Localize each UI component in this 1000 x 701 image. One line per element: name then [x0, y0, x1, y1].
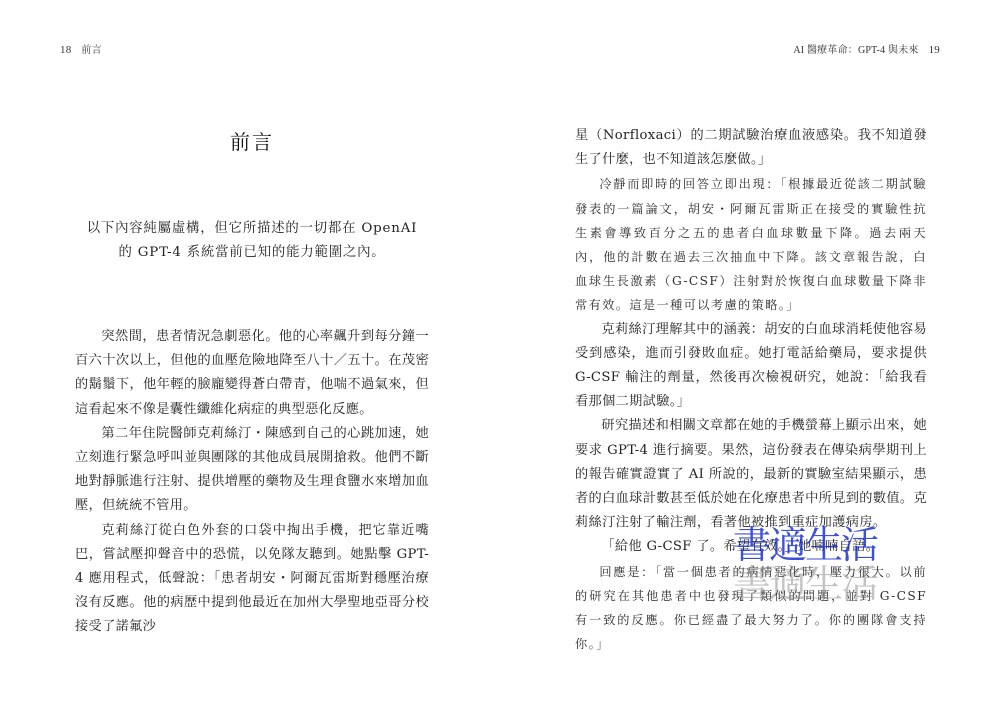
epigraph-line: 的 GPT-4 系統當前已知的能力範圍之內。 [75, 241, 429, 265]
page-number: 18 [60, 44, 71, 56]
running-head-right: AI 醫療革命：GPT-4 與未來19 [793, 41, 940, 56]
body-text-right: 星（Norfloxaci）的二期試驗治療血液感染。我不知道發生了什麼，也不知道該… [575, 124, 927, 656]
paragraph: 克莉絲汀理解其中的涵義：胡安的白血球消耗使他容易受到感染，進而引發敗血症。她打電… [575, 318, 927, 415]
chapter-title: 前言 [75, 126, 429, 155]
running-head-title: AI 醫療革命：GPT-4 與未來 [793, 45, 918, 56]
body-text-left: 突然間，患者情況急劇惡化。他的心率飆升到每分鐘一百六十次以上，但他的血壓危險地降… [75, 325, 429, 640]
paragraph: 第二年住院醫師克莉絲汀・陳感到自己的心跳加速，她立刻進行緊急呼叫並與團隊的其他成… [75, 422, 429, 519]
running-head-left: 18前言 [60, 41, 102, 56]
running-head-title: 前言 [81, 45, 101, 56]
paragraph: 克莉絲汀從白色外套的口袋中掏出手機，把它靠近嘴巴，嘗試壓抑聲音中的恐慌，以免隊友… [75, 519, 429, 640]
paragraph: 研究描述和相關文章都在她的手機螢幕上顯示出來，她要求 GPT-4 進行摘要。果然… [575, 414, 927, 535]
right-page: AI 醫療革命：GPT-4 與未來19 星（Norfloxaci）的二期試驗治療… [500, 0, 1000, 701]
paragraph-continued: 星（Norfloxaci）的二期試驗治療血液感染。我不知道發生了什麼，也不知道該… [575, 124, 927, 172]
paragraph-ai-response: 回應是：「當一個患者的病情惡化時，壓力很大。以前的研究在其他患者中也發現了類似的… [575, 560, 927, 657]
epigraph: 以下內容純屬虛構，但它所描述的一切都在 OpenAI 的 GPT-4 系統當前已… [75, 217, 429, 265]
page-number: 19 [929, 44, 940, 56]
paragraph: 「給他 G-CSF 了。希望有效。」她喃喃自語。 [575, 535, 927, 559]
paragraph-ai-response: 冷靜而即時的回答立即出現：「根據最近從該二期試驗發表的一篇論文，胡安・阿爾瓦雷斯… [575, 172, 927, 317]
paragraph: 突然間，患者情況急劇惡化。他的心率飆升到每分鐘一百六十次以上，但他的血壓危險地降… [75, 325, 429, 422]
epigraph-line: 以下內容純屬虛構，但它所描述的一切都在 OpenAI [75, 217, 429, 241]
left-page: 18前言 前言 以下內容純屬虛構，但它所描述的一切都在 OpenAI 的 GPT… [0, 0, 500, 701]
